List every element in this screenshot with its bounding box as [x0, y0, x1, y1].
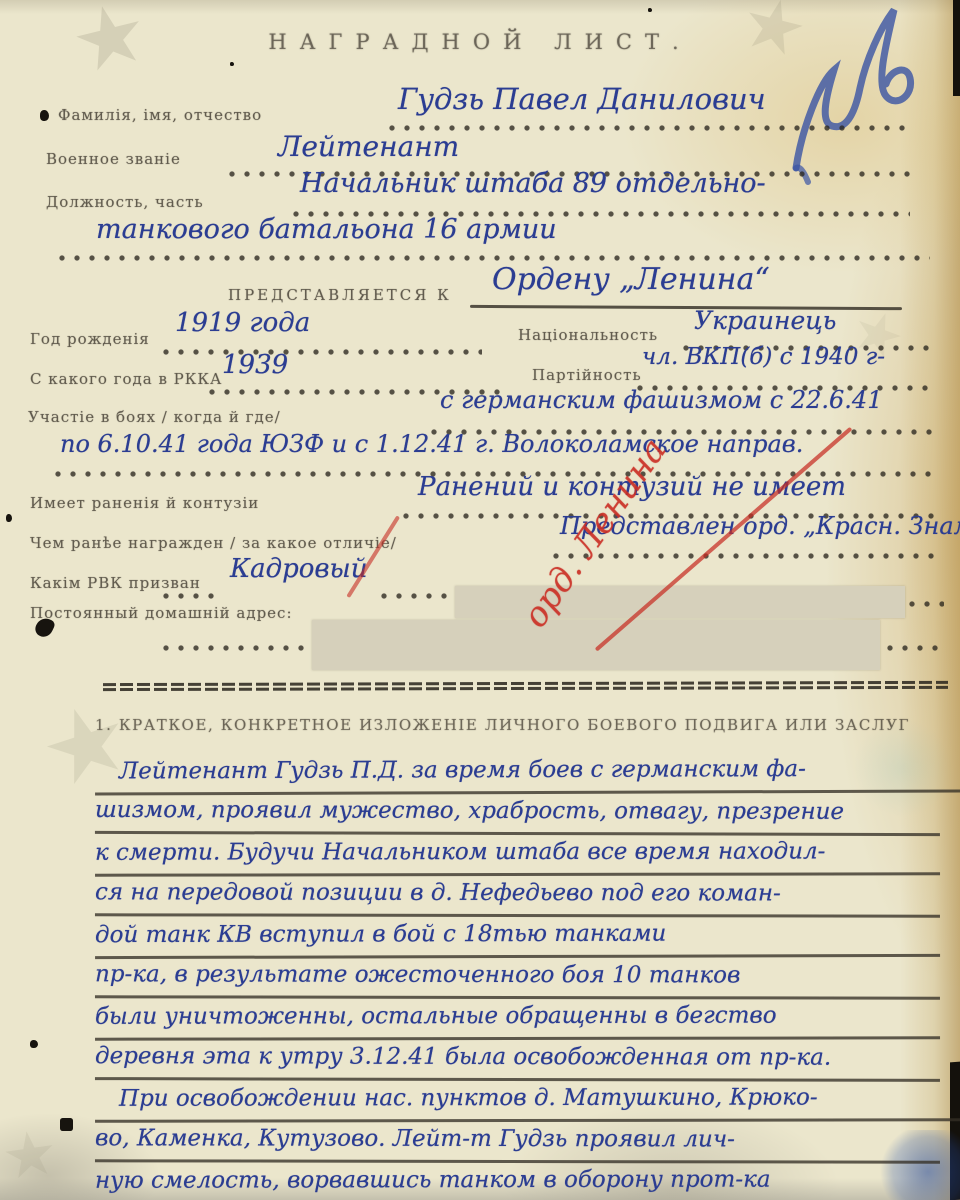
field-value-nationality: Украинець	[694, 306, 836, 335]
field-label-address: Постоянный домашній адрес:	[30, 604, 293, 622]
ink-speck	[230, 62, 234, 66]
ink-scrawl-mark	[768, 0, 943, 185]
field-value-fio: Гудзь Павел Данилович	[398, 82, 766, 116]
field-label-wounds: Имеет раненія й контузіи	[30, 494, 259, 512]
citation-line: были уничтоженны, остальные обращенны в …	[95, 995, 940, 1040]
ink-speck	[40, 110, 49, 121]
citation-line: ную смелость, ворвавшись танком в оборон…	[95, 1159, 940, 1200]
field-label-party: Партійность	[532, 366, 642, 384]
dotted-line	[886, 644, 944, 652]
field-label-nationality: Національность	[518, 326, 658, 344]
field-value-battles-2: по 6.10.41 года ЮЗФ и с 1.12.41 г. Волок…	[60, 430, 803, 458]
ink-speck	[30, 1040, 38, 1048]
field-label-presented: ПРЕДСТАВЛЯЕТСЯ К	[228, 286, 452, 304]
field-value-birth: 1919 года	[175, 308, 310, 338]
award-sheet-page: ★ ★ ★ ★ ★ НАГРАДНОЙ ЛИСТ. Фамилія, імя, …	[0, 0, 960, 1200]
dotted-line	[162, 644, 304, 652]
field-label-rank: Военное званіе	[46, 150, 181, 168]
dotted-line	[388, 124, 908, 132]
ink-speck	[648, 8, 652, 12]
field-value-battles: с германским фашизмом с 22.6.41	[440, 386, 882, 414]
field-value-position-2: танкового батальона 16 армии	[96, 214, 557, 245]
field-value-presented: Ордену „Ленина“	[492, 262, 770, 297]
section-divider	[103, 681, 948, 692]
citation-line: ся на передовой позиции в д. Нефедьево п…	[95, 872, 940, 917]
field-label-rkka: С какого года в РККА	[30, 370, 222, 388]
field-value-rkka: 1939	[222, 350, 288, 380]
dotted-line	[162, 592, 222, 600]
field-label-position: Должность, часть	[46, 193, 204, 211]
citation-line: При освобождении нас. пунктов д. Матушки…	[95, 1077, 960, 1123]
field-label-rvk: Какім РВК призван	[30, 574, 201, 592]
section-heading: 1. КРАТКОЕ, КОНКРЕТНОЕ ИЗЛОЖЕНІЕ ЛИЧНОГО…	[95, 716, 895, 734]
dotted-line	[58, 254, 930, 262]
citation-line: пр-ка, в результате ожесточенного боя 10…	[95, 954, 940, 999]
dotted-line	[908, 600, 944, 608]
field-value-rank: Лейтенант	[278, 130, 459, 163]
field-value-party: чл. ВКП(б) с 1940 г-	[642, 344, 885, 370]
citation-line: к смерти. Будучи Начальником штаба все в…	[95, 831, 940, 876]
field-value-position: Начальник штаба 89 отдельно-	[300, 168, 766, 199]
field-label-battles: Участіе в боях / когда й где/	[28, 408, 281, 426]
dotted-line	[552, 552, 936, 560]
citation-line: Лейтенант Гудзь П.Д. за время боев с гер…	[95, 748, 960, 795]
ink-speck	[60, 1118, 73, 1131]
redaction-block	[312, 620, 880, 670]
ink-speck	[6, 514, 12, 522]
dotted-line	[380, 592, 450, 600]
citation-line: шизмом, проявил мужество, храбрость, отв…	[95, 790, 940, 836]
field-label-fio: Фамилія, імя, отчество	[58, 106, 262, 124]
citation-line: дой танк КВ вступил в бой с 18тью танкам…	[95, 913, 940, 959]
field-label-awards: Чем ранѣе награжден / за какое отличіе/	[30, 534, 397, 552]
field-label-birth: Год рожденія	[30, 330, 150, 348]
underline	[470, 305, 902, 310]
citation-line: во, Каменка, Кутузово. Лейт-т Гудзь проя…	[95, 1118, 940, 1163]
star-watermark: ★	[0, 1114, 62, 1194]
field-value-rvk: Кадровый	[230, 554, 367, 584]
dotted-line	[162, 348, 482, 356]
citation-line: деревня эта к утру 3.12.41 была освобожд…	[95, 1036, 940, 1082]
document-title: НАГРАДНОЙ ЛИСТ.	[0, 30, 960, 54]
